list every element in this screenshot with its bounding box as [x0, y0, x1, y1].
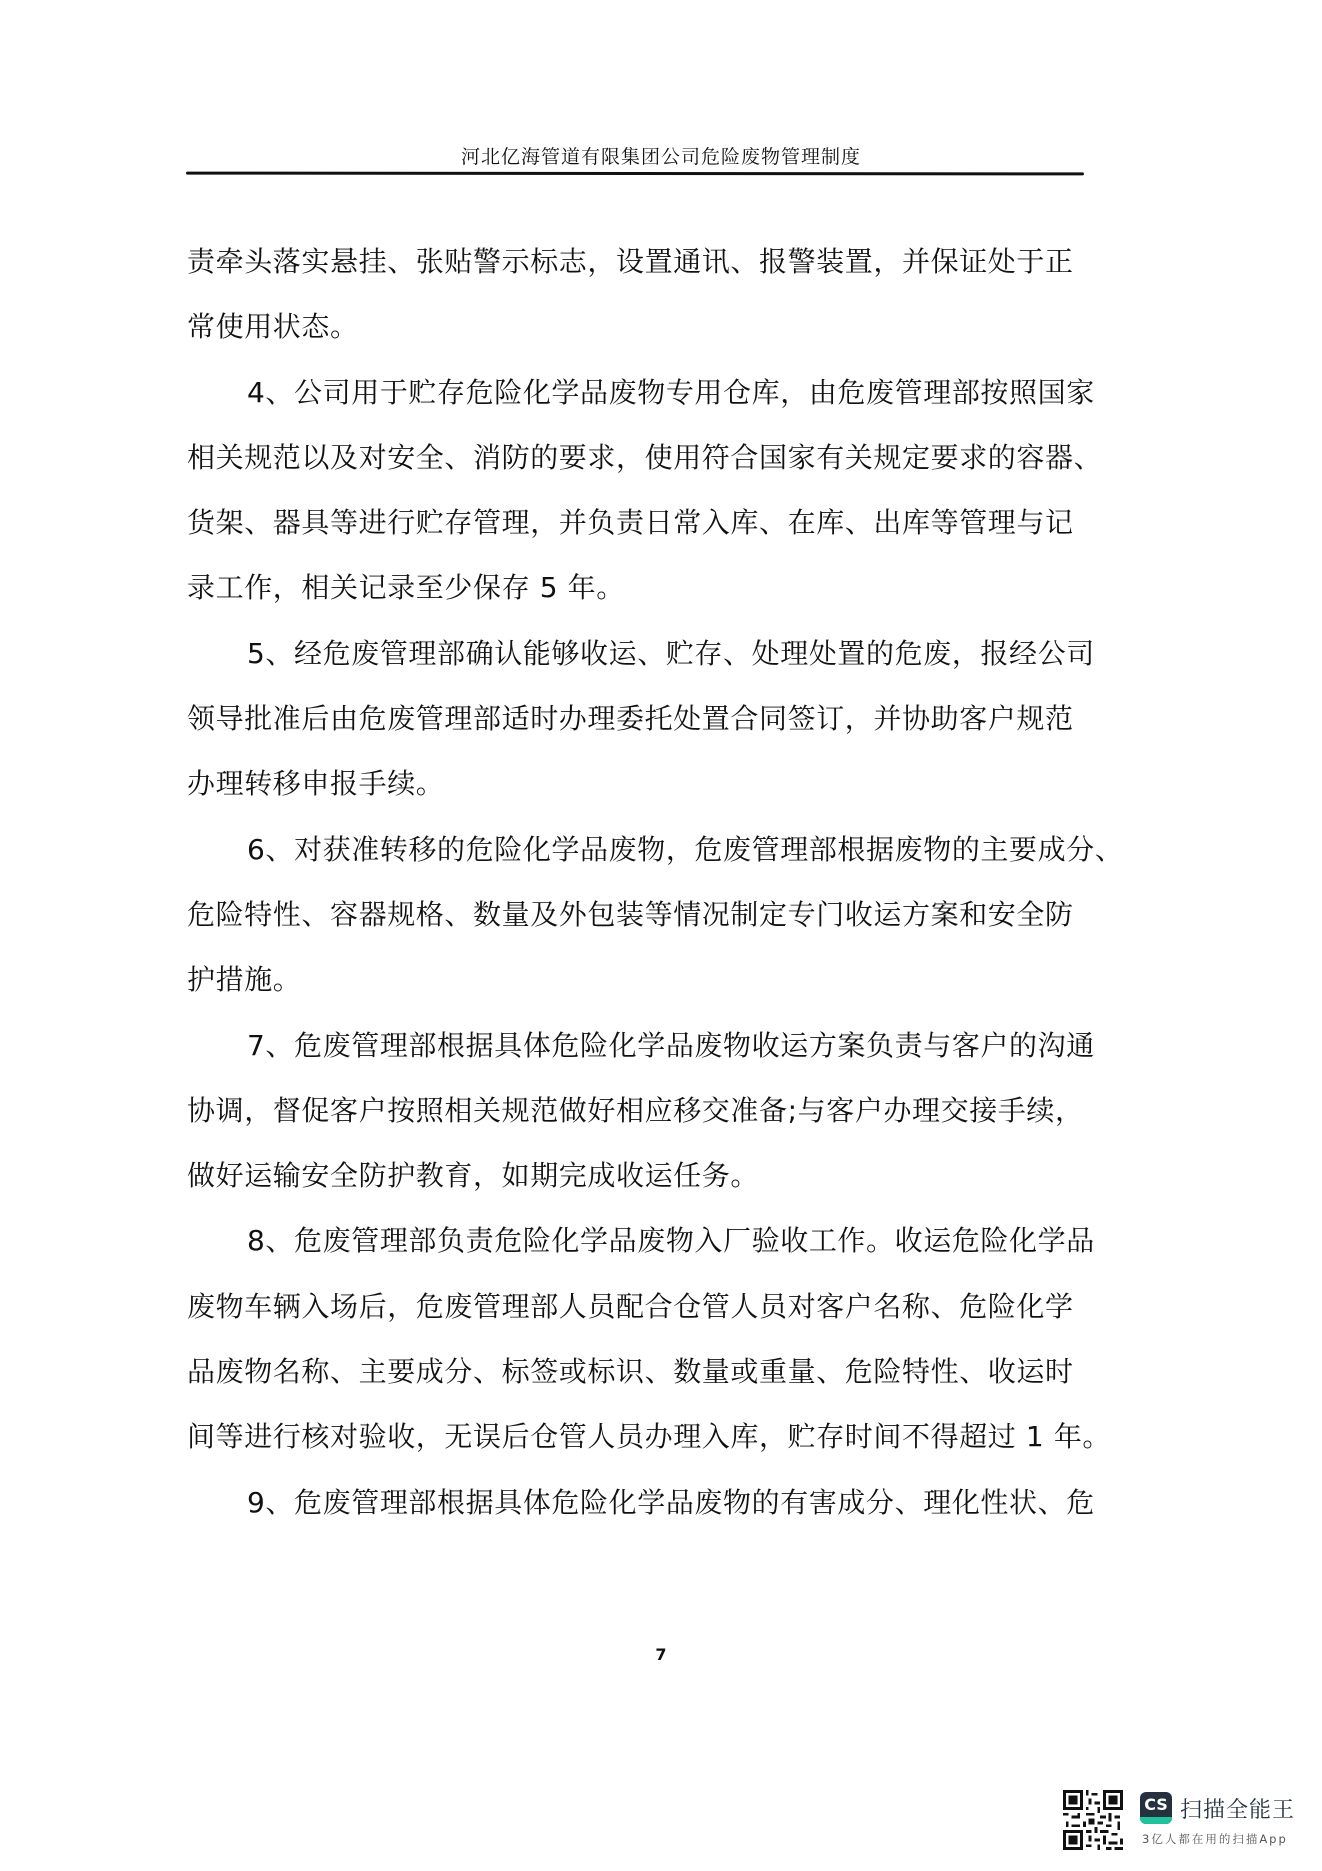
paragraph-8-start: 8、危废管理部负责危险化学品废物入厂验收工作。收运危险化学品 — [187, 1217, 1087, 1282]
text-line: 办理转移申报手续。 — [187, 760, 1087, 825]
text-line: 间等进行核对验收，无误后仓管人员办理入库，贮存时间不得超过 1 年。 — [187, 1413, 1087, 1478]
text-line: 协调，督促客户按照相关规范做好相应移交准备;与客户办理交接手续， — [187, 1087, 1087, 1152]
paragraph-7-start: 7、危废管理部根据具体危险化学品废物收运方案负责与客户的沟通 — [187, 1022, 1087, 1087]
text-line: 领导批准后由危废管理部适时办理委托处置合同签订，并协助客户规范 — [187, 695, 1087, 760]
paragraph-4-start: 4、公司用于贮存危险化学品废物专用仓库，由危废管理部按照国家 — [187, 369, 1087, 434]
text-line: 相关规范以及对安全、消防的要求，使用符合国家有关规定要求的容器、 — [187, 434, 1087, 499]
text-line: 废物车辆入场后，危废管理部人员配合仓管人员对客户名称、危险化学 — [187, 1283, 1087, 1348]
app-name: 扫描全能王 — [1180, 1793, 1295, 1824]
paragraph-5-start: 5、经危废管理部确认能够收运、贮存、处理处置的危废，报经公司 — [187, 630, 1087, 695]
text-line: 责牵头落实悬挂、张贴警示标志，设置通讯、报警装置，并保证处于正 — [187, 238, 1087, 303]
text-line: 做好运输安全防护教育，如期完成收运任务。 — [187, 1152, 1087, 1217]
text-line: 货架、器具等进行贮存管理，并负责日常入库、在库、出库等管理与记 — [187, 499, 1087, 564]
header-rule — [186, 172, 1084, 176]
paragraph-9-start: 9、危废管理部根据具体危险化学品废物的有害成分、理化性状、危 — [187, 1479, 1087, 1544]
text-line: 常使用状态。 — [187, 303, 1087, 368]
app-slogan: 3亿人都在用的扫描App — [1142, 1831, 1288, 1847]
qr-code-icon — [1063, 1790, 1123, 1850]
logo-accent-band — [1140, 1817, 1172, 1824]
text-line: 录工作，相关记录至少保存 5 年。 — [187, 564, 1087, 629]
camscanner-logo-icon: CS — [1140, 1792, 1172, 1824]
logo-text: CS — [1140, 1795, 1172, 1814]
text-line: 危险特性、容器规格、数量及外包装等情况制定专门收运方案和安全防 — [187, 891, 1087, 956]
text-line: 品废物名称、主要成分、标签或标识、数量或重量、危险特性、收运时 — [187, 1348, 1087, 1413]
text-line: 护措施。 — [187, 956, 1087, 1021]
paragraph-6-start: 6、对获准转移的危险化学品废物，危废管理部根据废物的主要成分、 — [187, 826, 1087, 891]
camscanner-watermark: CS 扫描全能王 3亿人都在用的扫描App — [1063, 1790, 1313, 1860]
document-body: 责牵头落实悬挂、张贴警示标志，设置通讯、报警装置，并保证处于正 常使用状态。 4… — [187, 238, 1087, 1544]
page-number: 7 — [0, 1645, 1322, 1664]
document-header-title: 河北亿海管道有限集团公司危险废物管理制度 — [0, 142, 1322, 169]
